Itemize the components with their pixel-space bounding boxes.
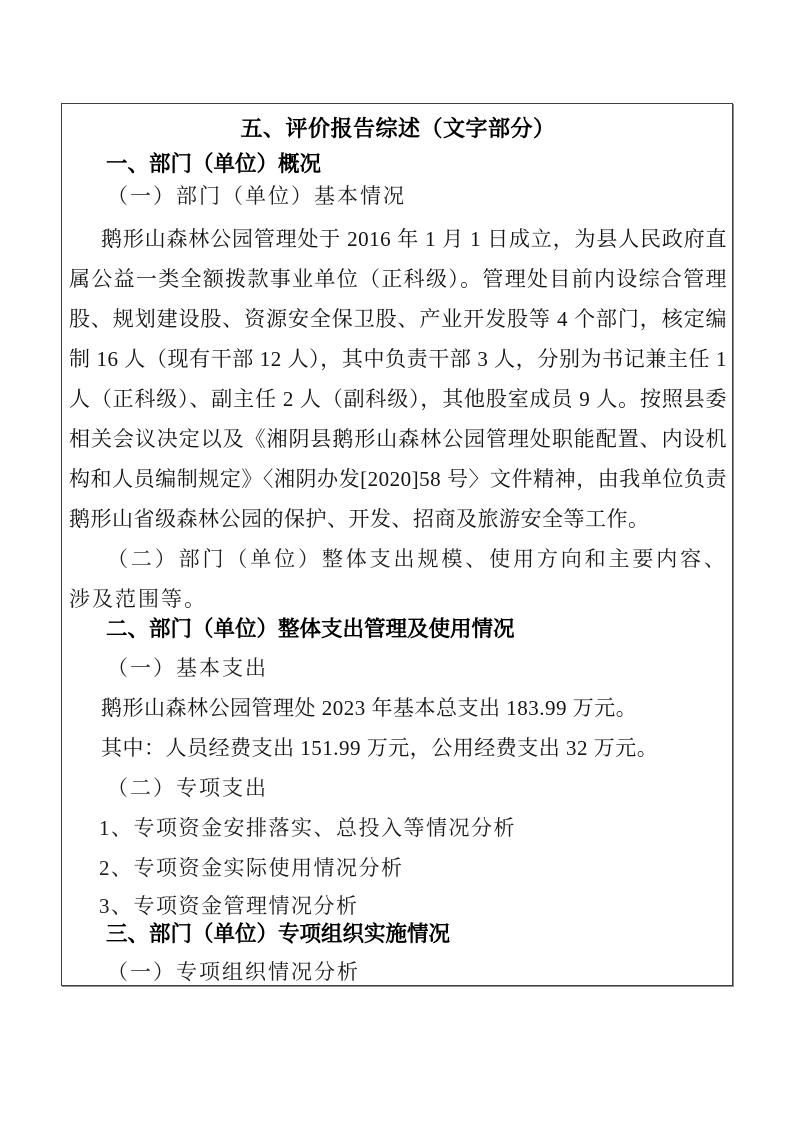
section-heading-expenditure-management: 二、部门（单位）整体支出管理及使用情况 <box>69 614 727 644</box>
list-item-fund-arrangement-analysis: 1、专项资金安排落实、总投入等情况分析 <box>69 808 727 848</box>
page-title: 五、评价报告综述（文字部分） <box>69 114 727 144</box>
section-heading-department-overview: 一、部门（单位）概况 <box>69 149 727 179</box>
report-summary-box: 五、评价报告综述（文字部分） 一、部门（单位）概况 （一）部门（单位）基本情况 … <box>61 103 733 986</box>
subsection-heading-project-organization-analysis: （一）专项组织情况分析 <box>69 952 727 986</box>
subsection-heading-overall-expenditure-scope: （二）部门（单位）整体支出规模、使用方向和主要内容、涉及范围等。 <box>69 539 727 619</box>
paragraph-basic-expenditure-total: 鹅形山森林公园管理处 2023 年基本总支出 183.99 万元。 <box>69 688 727 728</box>
subsection-heading-basic-situation: （一）部门（单位）基本情况 <box>69 176 727 216</box>
subsection-heading-special-expenditure: （二）专项支出 <box>69 768 727 808</box>
subsection-heading-basic-expenditure: （一）基本支出 <box>69 648 727 688</box>
list-item-fund-usage-analysis: 2、专项资金实际使用情况分析 <box>69 848 727 888</box>
section-heading-project-implementation: 三、部门（单位）专项组织实施情况 <box>69 919 727 949</box>
paragraph-expenditure-breakdown: 其中：人员经费支出 151.99 万元，公用经费支出 32 万元。 <box>69 728 727 768</box>
paragraph-department-basic-info: 鹅形山森林公园管理处于 2016 年 1 月 1 日成立，为县人民政府直属公益一… <box>69 219 727 539</box>
